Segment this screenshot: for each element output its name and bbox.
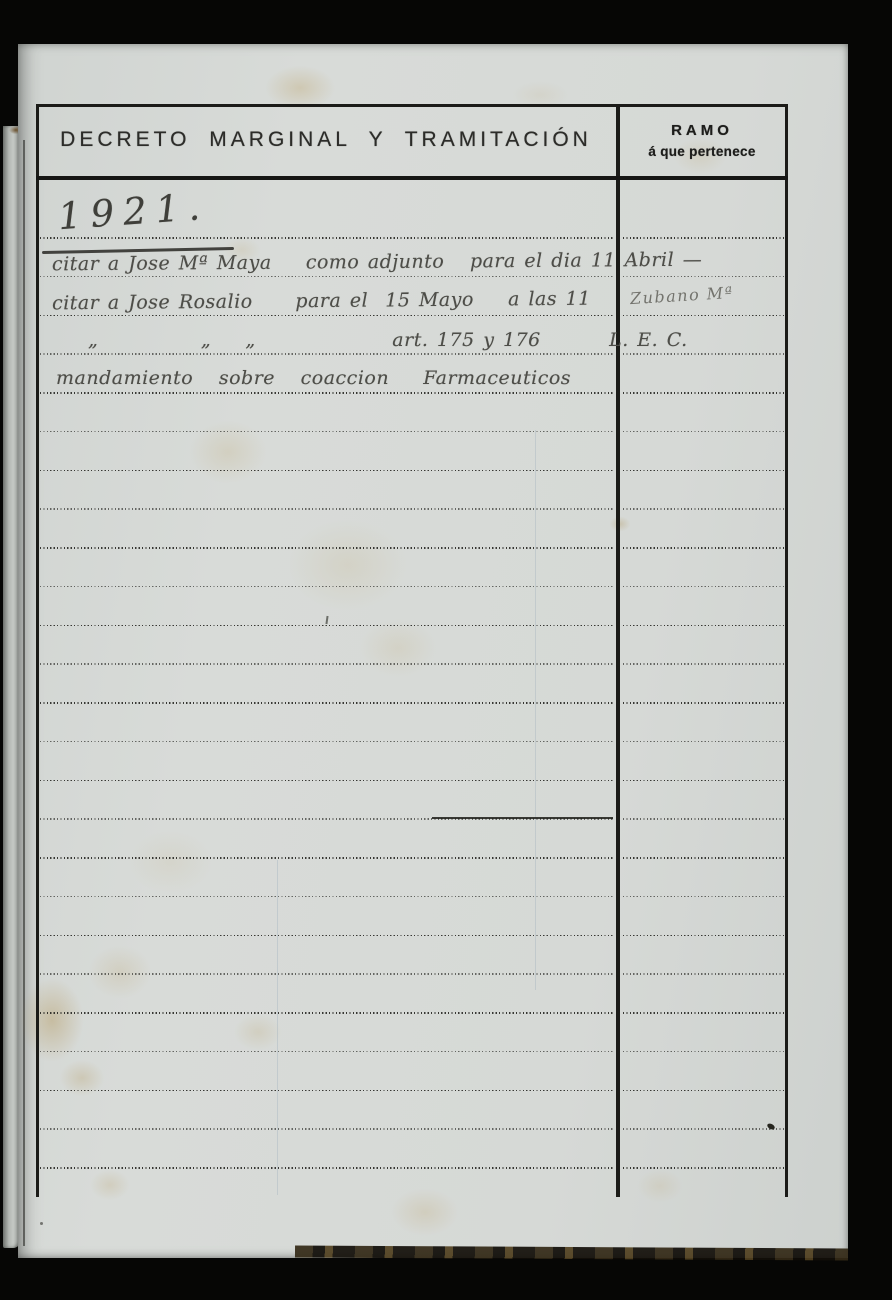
ruled-line: [40, 780, 613, 782]
ruled-line: [40, 392, 613, 394]
ruled-line: [40, 1051, 613, 1053]
handwritten-entry-3: „ „ „ art. 175 y 176 L. E. C.: [88, 329, 688, 351]
handwritten-entry-2: citar a Jose Rosalio para el 15 Mayo a l…: [52, 288, 591, 315]
ruled-line: [623, 625, 786, 627]
ruled-line: [623, 586, 786, 588]
ruled-line: [623, 431, 786, 433]
ruled-line: [623, 237, 786, 239]
ruled-line: [40, 973, 613, 975]
rule-lines-right: [623, 237, 786, 1177]
ruled-line: [623, 663, 786, 665]
ruled-line: [40, 857, 613, 859]
ruled-line: [623, 276, 786, 278]
ruled-line: [623, 818, 786, 820]
ruled-line: [40, 935, 613, 937]
table-border-left: [36, 104, 39, 1197]
ruled-line: [40, 547, 613, 549]
ruled-line: [623, 1128, 786, 1130]
ruled-line: [623, 547, 786, 549]
ruled-line: [623, 857, 786, 859]
ruled-line: [623, 1090, 786, 1092]
ruled-line: [623, 973, 786, 975]
main-column-title: DECRETO MARGINAL Y TRAMITACIÓN: [60, 128, 592, 152]
main-column-header: DECRETO MARGINAL Y TRAMITACIÓN: [36, 104, 616, 176]
ruled-line: [623, 353, 786, 355]
ruled-line: [40, 625, 613, 627]
ruled-line: [623, 470, 786, 472]
solid-line-segment: [432, 817, 613, 819]
ruled-line: [40, 1167, 613, 1169]
ruled-line: [40, 896, 613, 898]
ruled-line: [623, 780, 786, 782]
ruled-line: [40, 702, 613, 704]
handwritten-entry-1: citar a Jose Mª Maya como adjunto para e…: [52, 249, 702, 276]
header-separator-rule: [36, 176, 788, 180]
ruled-line: [40, 1012, 613, 1014]
scanned-ledger-page: DECRETO MARGINAL Y TRAMITACIÓN RAMO á qu…: [0, 0, 892, 1300]
ink-speck: [40, 1222, 43, 1225]
ramo-column-subtitle: á que pertenece: [648, 144, 755, 159]
ruled-line: [40, 276, 613, 278]
handwritten-entry-4: mandamiento sobre coaccion Farmaceuticos: [56, 367, 571, 389]
ruled-line: [40, 586, 613, 588]
ruled-line: [623, 508, 786, 510]
ruled-line: [623, 1051, 786, 1053]
bottom-page-edge: [295, 1246, 848, 1261]
ruled-line: [40, 353, 613, 355]
ruled-line: [40, 663, 613, 665]
ruled-line: [623, 1012, 786, 1014]
ramo-column-title: RAMO: [671, 122, 733, 139]
ruled-line: [40, 741, 613, 743]
ruled-line: [40, 470, 613, 472]
ruled-line: [40, 1128, 613, 1130]
ruled-line: [623, 1167, 786, 1169]
ruled-line: [623, 935, 786, 937]
ruled-line: [40, 1090, 613, 1092]
ruled-line: [40, 431, 613, 433]
ruled-line: [40, 315, 613, 317]
ruled-line: [40, 237, 613, 239]
ruled-line: [623, 315, 786, 317]
gutter-edge-line: [23, 140, 25, 1246]
ramo-column-header: RAMO á que pertenece: [616, 104, 788, 176]
ruled-line: [40, 508, 613, 510]
ruled-line: [623, 741, 786, 743]
ruled-line: [623, 896, 786, 898]
ruled-line: [623, 392, 786, 394]
ruled-line: [623, 702, 786, 704]
